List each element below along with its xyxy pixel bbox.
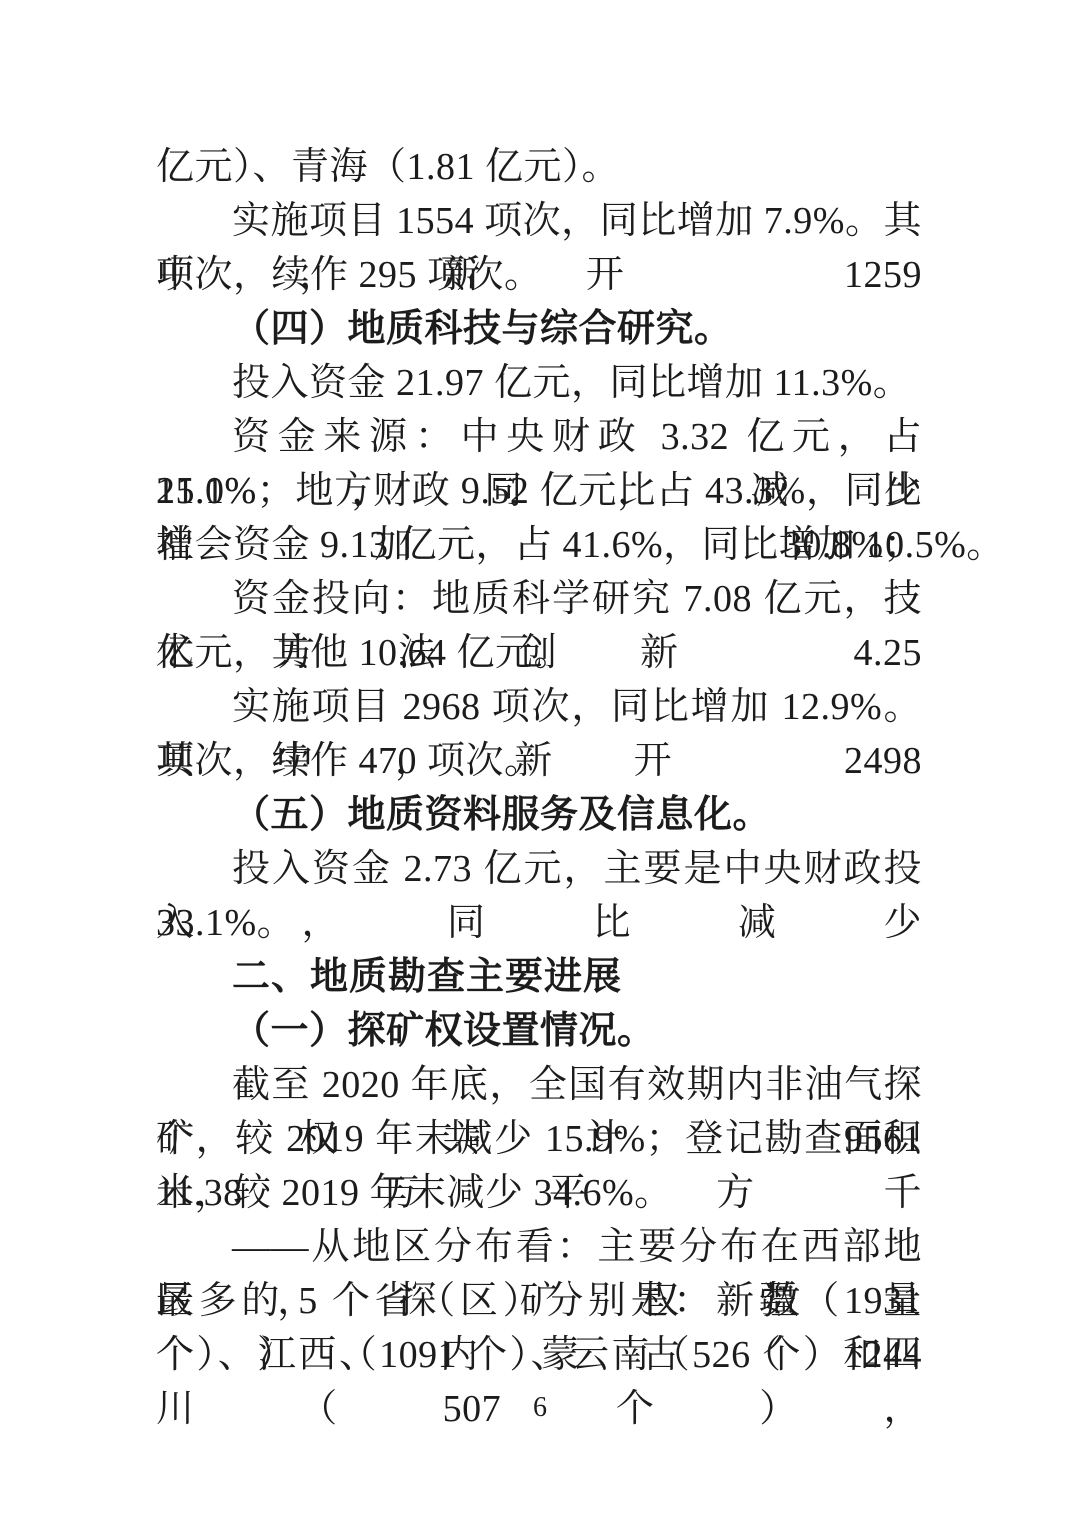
section-heading-wu: （五）地质资料服务及信息化。 — [156, 788, 922, 842]
document-page: 亿元）、青海（1.81 亿元）。 实施项目 1554 项次，同比增加 7.9%。… — [0, 0, 1080, 1527]
document-body: 亿元）、青海（1.81 亿元）。 实施项目 1554 项次，同比增加 7.9%。… — [156, 140, 922, 1382]
body-line: 资金来源：中央财政 3.32 亿元，占 15.1%，同比减少 — [156, 410, 922, 464]
section-heading-si: （四）地质科技与综合研究。 — [156, 302, 922, 356]
page-number: 6 — [0, 1381, 1080, 1435]
body-line: 投入资金 21.97 亿元，同比增加 11.3%。 — [156, 356, 922, 410]
section-heading-yi: （一）探矿权设置情况。 — [156, 1004, 922, 1058]
body-line: 实施项目 2968 项次，同比增加 12.9%。其中，新开 2498 — [156, 680, 922, 734]
body-line: 实施项目 1554 项次，同比增加 7.9%。其中，新开 1259 — [156, 194, 922, 248]
body-line: 个，较 2019 年末减少 15.9%；登记勘查面积 11.38 万平方千 — [156, 1112, 922, 1166]
body-line: 21.0%；地方财政 9.52 亿元，占 43.3%，同比增加 30.8%； — [156, 464, 922, 518]
body-line: 资金投向：地质科学研究 7.08 亿元，技术方法创新 4.25 — [156, 572, 922, 626]
body-line: 社会资金 9.13 亿元，占 41.6%，同比增加 10.5%。 — [156, 518, 922, 572]
chapter-heading-er: 二、地质勘查主要进展 — [156, 950, 922, 1004]
body-line: ——从地区分布看：主要分布在西部地区，探矿权数量 — [156, 1220, 922, 1274]
body-line: 个）、江西（1091 个）、云南（526 个）和四川（507 个）， — [156, 1328, 922, 1382]
para-continuation-line: 亿元）、青海（1.81 亿元）。 — [156, 140, 922, 194]
body-line: 截至 2020 年底，全国有效期内非油气探矿权共计 9561 — [156, 1058, 922, 1112]
body-line: 最多的 5 个省（区）分别是：新疆（1931 个）、内蒙古（1244 — [156, 1274, 922, 1328]
body-line: 投入资金 2.73 亿元，主要是中央财政投入，同比减少 — [156, 842, 922, 896]
